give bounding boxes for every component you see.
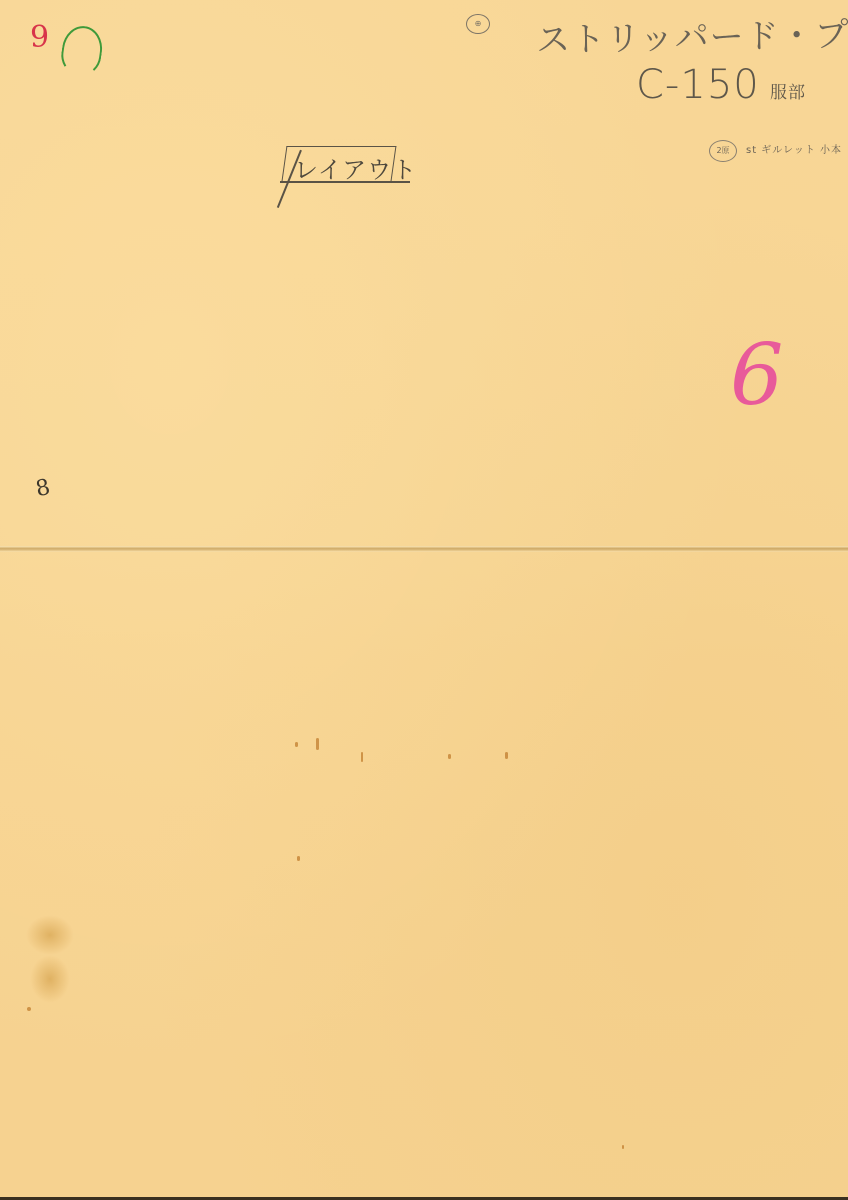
- sub-note-text: st ギルレット 小本: [746, 141, 842, 156]
- boxed-note-text: レイアウト: [294, 150, 417, 185]
- stain-mark: [26, 915, 74, 955]
- speck-mark: [622, 1145, 624, 1149]
- green-arc-mark: [59, 23, 105, 76]
- episode-title: ストリッパード・プリンセス#20: [536, 3, 848, 61]
- boxed-note-underline: [280, 181, 410, 183]
- circled-stamp-mark: ⊕: [466, 14, 490, 34]
- department-name: 服部: [770, 78, 806, 103]
- speck-mark: [505, 752, 508, 759]
- red-number-mark: 9: [30, 20, 50, 55]
- cut-number: C-150: [636, 62, 760, 108]
- speck-mark: [27, 1007, 31, 1011]
- paper-sheet: 9 ⊕ ストリッパード・プリンセス#20 C-150 服部 2原 st ギルレッ…: [0, 0, 848, 1200]
- stain-mark: [30, 955, 70, 1003]
- speck-mark: [361, 752, 363, 762]
- fold-crease: [0, 546, 848, 552]
- speck-mark: [295, 742, 298, 747]
- speck-mark: [316, 738, 319, 750]
- sub-note-circle: 2原: [709, 140, 737, 162]
- side-number-mark: 8: [34, 475, 54, 503]
- pink-number-mark: 6: [730, 326, 784, 424]
- speck-mark: [297, 856, 300, 861]
- speck-mark: [448, 754, 451, 759]
